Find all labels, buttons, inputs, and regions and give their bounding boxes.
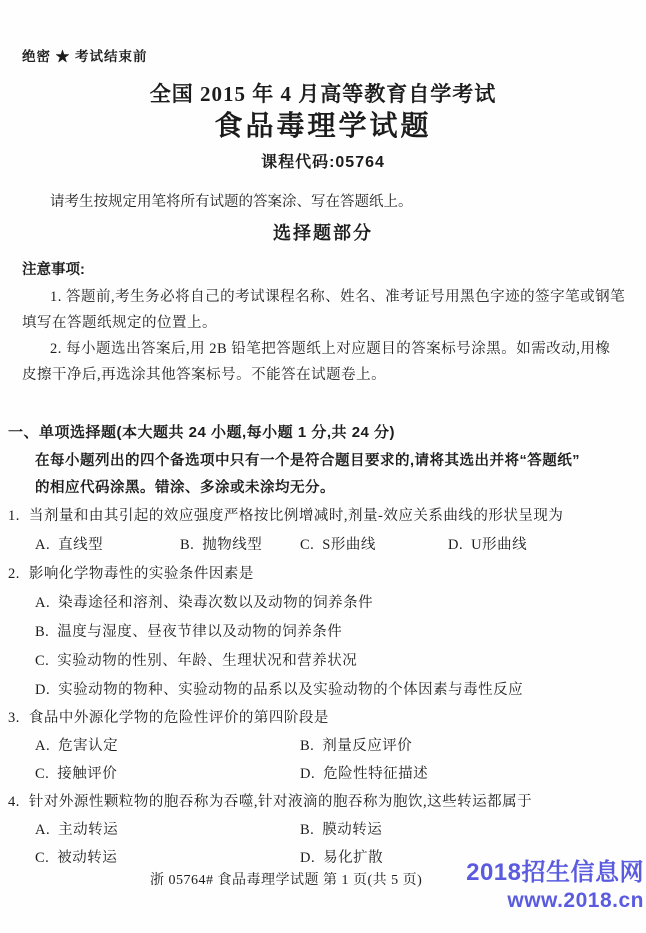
option-a-text: 染毒途径和溶剂、染毒次数以及动物的饲养条件	[58, 595, 373, 611]
scanned-exam-page: 绝密 ★ 考试结束前 全国 2015 年 4 月高等教育自学考试 食品毒理学试题…	[0, 0, 646, 933]
option-a-label: A.	[35, 822, 50, 838]
question-4-option-c: C.被动转运	[35, 846, 117, 867]
option-b-text: 膜动转运	[322, 822, 382, 838]
note-2-line-2: 皮擦干净后,再选涂其他答案标号。不能答在试题卷上。	[22, 363, 386, 384]
option-d-label: D.	[35, 682, 50, 698]
note-1-line-1: 1. 答题前,考生务必将自己的考试课程名称、姓名、准考证号用黑色字迹的签字笔或钢…	[50, 285, 625, 306]
classification-banner: 绝密 ★ 考试结束前	[22, 45, 148, 65]
option-d-text: 危险性特征描述	[323, 766, 428, 782]
option-b-text: 剂量反应评价	[322, 738, 412, 754]
option-c-label: C.	[35, 850, 49, 866]
answer-instruction: 请考生按规定用笔将所有试题的答案涂、写在答题纸上。	[50, 190, 413, 211]
option-b-text: 温度与湿度、昼夜节律以及动物的饲养条件	[57, 624, 342, 640]
question-3-text: 食品中外源化学物的危险性评价的第四阶段是	[29, 710, 329, 726]
question-1-text: 当剂量和由其引起的效应强度严格按比例增减时,剂量-效应关系曲线的形状呈现为	[29, 508, 563, 524]
question-3-option-c: C.接触评价	[35, 762, 117, 783]
option-c-label: C.	[35, 766, 49, 782]
question-2-option-d: D.实验动物的物种、实验动物的品系以及实验动物的个体因素与毒性反应	[35, 678, 523, 699]
watermark-site-url: www.2018.cn	[466, 888, 644, 914]
option-a-text: 危害认定	[58, 738, 118, 754]
option-a-label: A.	[35, 738, 50, 754]
note-1-line-2: 填写在答题纸规定的位置上。	[22, 311, 217, 332]
question-3-option-a: A.危害认定	[35, 734, 118, 755]
option-a-text: 主动转运	[58, 822, 118, 838]
question-1-option-d: D.U形曲线	[448, 533, 527, 554]
question-1-option-b: B.抛物线型	[180, 533, 262, 554]
question-1-number: 1.	[8, 508, 20, 524]
option-d-text: U形曲线	[471, 537, 527, 553]
question-3-number: 3.	[8, 710, 20, 726]
question-1-option-c: C.S形曲线	[300, 533, 376, 554]
option-c-label: C.	[35, 653, 49, 669]
option-b-label: B.	[300, 738, 314, 754]
option-b-text: 抛物线型	[202, 537, 262, 553]
section-one-heading: 一、单项选择题(本大题共 24 小题,每小题 1 分,共 24 分)	[8, 421, 395, 442]
question-3-option-b: B.剂量反应评价	[300, 734, 412, 755]
question-3: 3.食品中外源化学物的危险性评价的第四阶段是	[8, 706, 329, 727]
section-one-subheading-line-1: 在每小题列出的四个备选项中只有一个是符合题目要求的,请将其选出并将“答题纸”	[35, 449, 580, 470]
option-a-text: 直线型	[58, 537, 103, 553]
question-4: 4.针对外源性颗粒物的胞吞称为吞噬,针对液滴的胞吞称为胞饮,这些转运都属于	[8, 790, 532, 811]
section-part-title: 选择题部分	[0, 219, 646, 245]
section-one-subheading-line-2: 的相应代码涂黑。错涂、多涂或未涂均无分。	[35, 476, 335, 497]
question-3-option-d: D.危险性特征描述	[300, 762, 428, 783]
question-4-option-b: B.膜动转运	[300, 818, 382, 839]
course-code: 课程代码:05764	[0, 149, 646, 172]
option-b-label: B.	[300, 822, 314, 838]
notes-heading: 注意事项:	[22, 258, 85, 279]
option-c-label: C.	[300, 537, 314, 553]
question-2-option-b: B.温度与湿度、昼夜节律以及动物的饲养条件	[35, 620, 342, 641]
question-4-option-a: A.主动转运	[35, 818, 118, 839]
option-d-label: D.	[300, 850, 315, 866]
question-1: 1.当剂量和由其引起的效应强度严格按比例增减时,剂量-效应关系曲线的形状呈现为	[8, 504, 563, 525]
option-b-label: B.	[35, 624, 49, 640]
question-4-number: 4.	[8, 794, 20, 810]
question-2-option-a: A.染毒途径和溶剂、染毒次数以及动物的饲养条件	[35, 591, 373, 612]
question-4-option-d: D.易化扩散	[300, 846, 383, 867]
question-1-option-a: A.直线型	[35, 533, 103, 554]
question-2: 2.影响化学物毒性的实验条件因素是	[8, 562, 254, 583]
option-c-text: 实验动物的性别、年龄、生理状况和营养状况	[57, 653, 357, 669]
option-d-label: D.	[448, 537, 463, 553]
note-2-line-1: 2. 每小题选出答案后,用 2B 铅笔把答题纸上对应题目的答案标号涂黑。如需改动…	[50, 337, 610, 358]
option-d-text: 易化扩散	[323, 850, 383, 866]
question-2-number: 2.	[8, 566, 20, 582]
question-2-option-c: C.实验动物的性别、年龄、生理状况和营养状况	[35, 649, 357, 670]
option-d-text: 实验动物的物种、实验动物的品系以及实验动物的个体因素与毒性反应	[58, 682, 523, 698]
question-2-text: 影响化学物毒性的实验条件因素是	[29, 566, 254, 582]
option-c-text: S形曲线	[322, 537, 376, 553]
site-watermark: 2018招生信息网 www.2018.cn	[466, 858, 644, 914]
option-b-label: B.	[180, 537, 194, 553]
option-c-text: 被动转运	[57, 850, 117, 866]
option-a-label: A.	[35, 537, 50, 553]
watermark-site-name: 2018招生信息网	[466, 858, 644, 888]
option-a-label: A.	[35, 595, 50, 611]
question-4-text: 针对外源性颗粒物的胞吞称为吞噬,针对液滴的胞吞称为胞饮,这些转运都属于	[29, 794, 532, 810]
paper-title: 食品毒理学试题	[0, 104, 646, 144]
option-c-text: 接触评价	[57, 766, 117, 782]
option-d-label: D.	[300, 766, 315, 782]
page-footer-info: 浙 05764# 食品毒理学试题 第 1 页(共 5 页)	[150, 869, 422, 889]
